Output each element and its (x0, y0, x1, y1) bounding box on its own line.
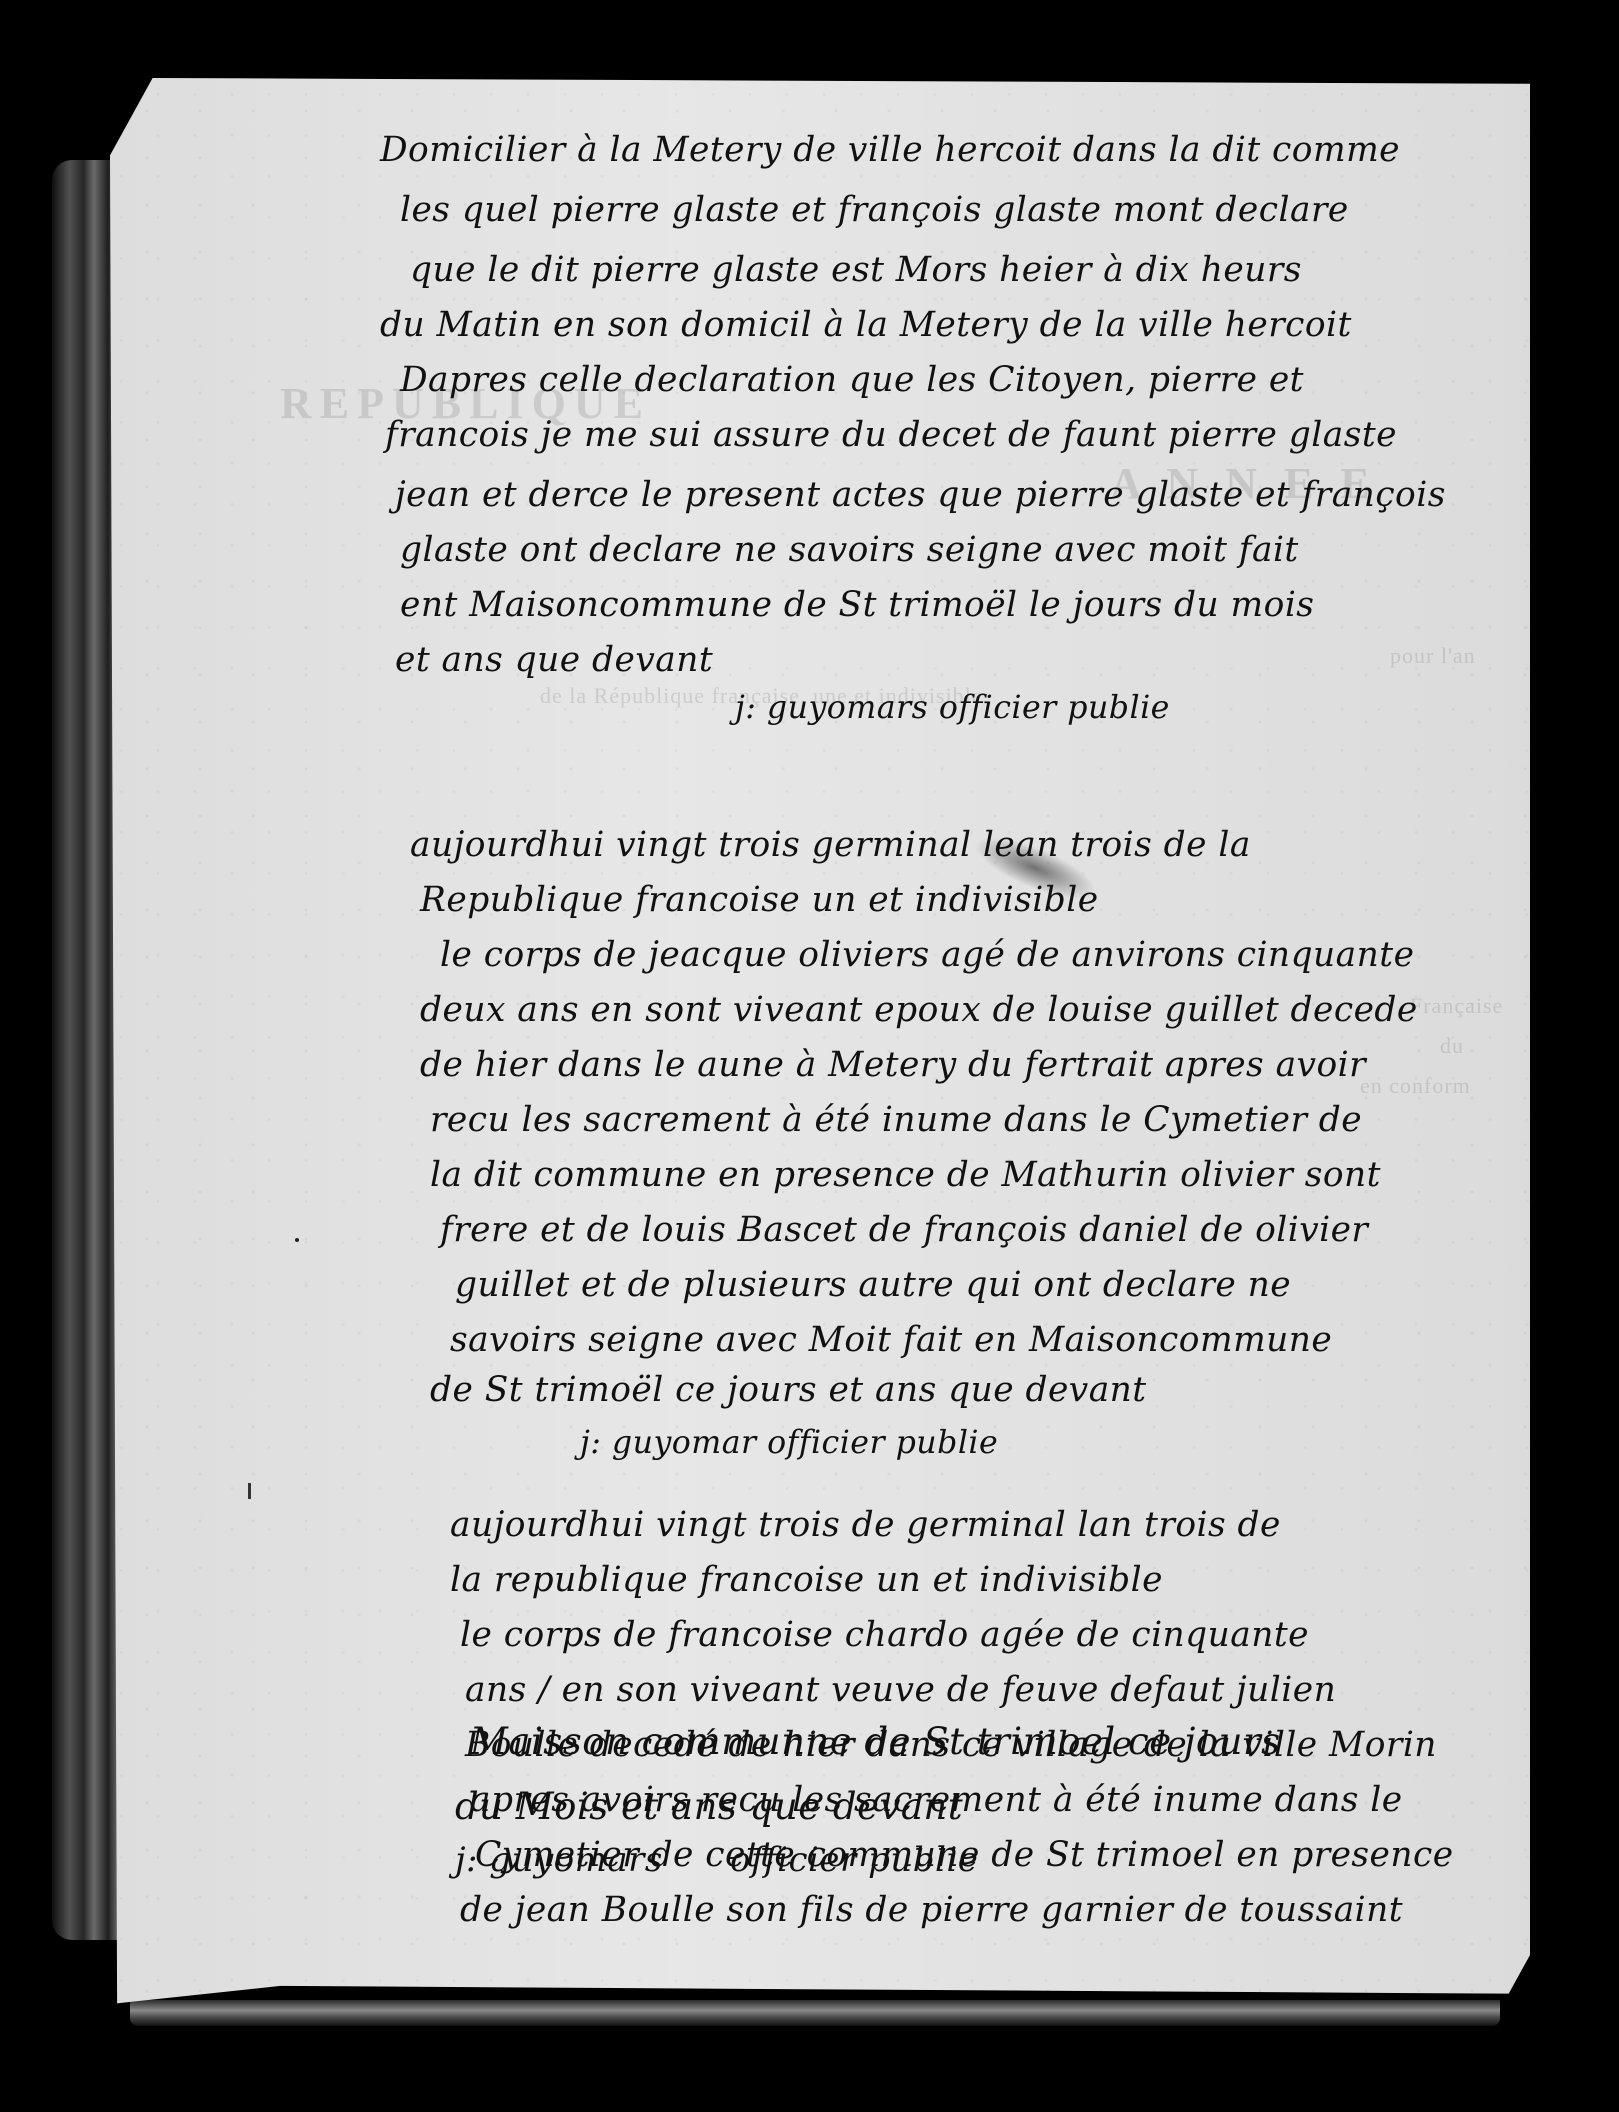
record-3-line-11: Maisson communne de St trimoel ce jours (470, 1720, 1281, 1763)
bleed-through-en-conform: en conform (1360, 1073, 1471, 1099)
record-1-line-6: francois je me sui assure du decet de fa… (385, 415, 1397, 455)
bleed-through-du: du (1440, 1033, 1464, 1059)
record-1-line-7: jean et derce le present actes que pierr… (395, 475, 1446, 515)
record-2-line-4: deux ans en sont viveant epoux de louise… (420, 990, 1418, 1030)
margin-mark (248, 1483, 251, 1499)
record-3-line-12: du Mois et ans que devant (455, 1785, 963, 1828)
record-1-line-9: ent Maisoncommune de St trimoël le jours… (400, 585, 1314, 625)
record-2-line-8: frere et de louis Bascet de françois dan… (440, 1210, 1368, 1250)
record-1-line-1: Domicilier à la Metery de ville hercoit … (380, 130, 1400, 170)
record-2-line-10: savoirs seigne avec Moit fait en Maisonc… (450, 1320, 1332, 1360)
record-3-line-8: de jean Boulle son fils de pierre garnie… (460, 1890, 1403, 1930)
record-2-line-5: de hier dans le aune à Metery du fertrai… (420, 1045, 1366, 1085)
record-2-line-6: recu les sacrement à été inume dans le C… (430, 1100, 1362, 1140)
record-2-line-1: aujourdhui vingt trois germinal lean tro… (410, 825, 1251, 865)
record-3-line-3: le corps de francoise chardo agée de cin… (460, 1615, 1309, 1655)
record-2-line-9: guillet et de plusieurs autre qui ont de… (455, 1265, 1291, 1305)
record-3-line-1: aujourdhui vingt trois de germinal lan t… (450, 1505, 1281, 1545)
record-3-line-4: ans / en son viveant veuve de feuve defa… (465, 1670, 1336, 1710)
record-2-line-3: le corps de jeacque oliviers agé de anvi… (440, 935, 1414, 975)
record-1-line-8: glaste ont declare ne savoirs seigne ave… (400, 530, 1299, 570)
record-1-line-10: et ans que devant (395, 640, 713, 680)
record-3-signature-name: j: guyomars (455, 1840, 663, 1880)
record-2-line-2: Republique francoise un et indivisible (420, 880, 1099, 920)
bleed-through-pour-lan: pour l'an (1390, 643, 1476, 669)
record-1-signature: j: guyomars officier publie (735, 689, 1170, 726)
record-2-line-11: de St trimoël ce jours et ans que devant (430, 1370, 1147, 1410)
page-bottom-edge (130, 2000, 1500, 2026)
record-1-line-5: Dapres celle declaration que les Citoyen… (400, 360, 1304, 400)
record-1-line-3: que le dit pierre glaste est Mors heier … (410, 250, 1302, 290)
record-3-line-2: la republique francoise un et indivisibl… (450, 1560, 1163, 1600)
margin-dot (295, 1238, 299, 1242)
record-3-signature-title: officier publie (730, 1840, 978, 1880)
record-1-line-4: du Matin en son domicil à la Metery de l… (380, 305, 1352, 345)
record-2-signature: j: guyomar officier publie (580, 1424, 998, 1461)
bleed-through-francaise: Française (1410, 993, 1503, 1019)
record-2-line-7: la dit commune en presence de Mathurin o… (430, 1155, 1381, 1195)
record-1-line-2: les quel pierre glaste et françois glast… (400, 190, 1349, 230)
